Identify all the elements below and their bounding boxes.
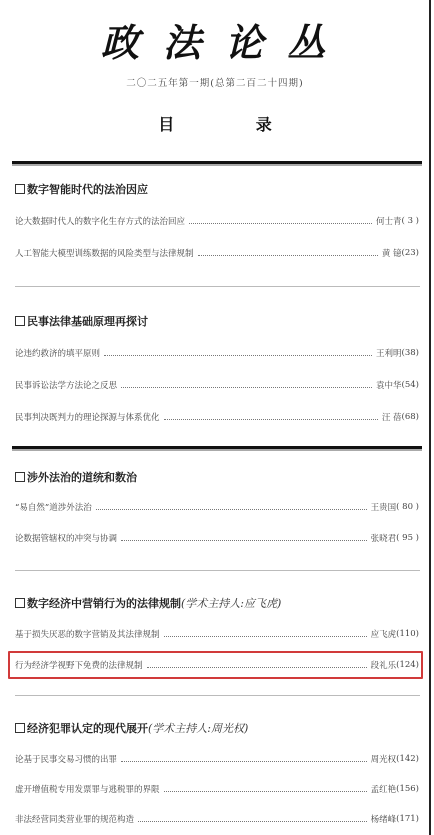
article-title[interactable]: 民事判决既判力的理论探源与体系优化 [15, 411, 160, 423]
toc-entry[interactable]: 虚开增值税专用发票罪与逃税罪的界限 孟红艳 (156) [15, 782, 419, 796]
square-bullet-icon [15, 723, 25, 733]
toc-entry[interactable]: 民事诉讼法学方法论之反思 袁中华 (54) [15, 378, 419, 392]
article-title[interactable]: 基于损失厌恶的数字营销及其法律规制 [15, 628, 160, 640]
section-divider [15, 695, 420, 696]
page-number: (68) [402, 412, 419, 422]
article-author: 黄 镱 [382, 247, 402, 259]
leader-dots [121, 386, 372, 388]
academic-host: (学术主持人:周光权) [148, 722, 248, 735]
article-title[interactable]: 论违约救济的填平原则 [15, 347, 100, 359]
article-author: 张晓君 [371, 532, 397, 544]
square-bullet-icon [15, 472, 25, 482]
page-number: (54) [402, 380, 419, 390]
toc-heading: 目 录 [0, 112, 430, 135]
toc-entry[interactable]: 非法经营同类营业罪的规范构造 杨绪峰 (171) [15, 812, 419, 826]
issue-info: 二〇二五年第一期(总第二百二十四期) [0, 75, 430, 89]
article-title[interactable]: 虚开增值税专用发票罪与逃税罪的界限 [15, 783, 160, 795]
article-author: 周光权 [371, 753, 397, 765]
article-title[interactable]: 论数据管辖权的冲突与协调 [15, 532, 117, 544]
leader-dots [164, 790, 367, 792]
page-number: (124) [396, 660, 419, 670]
page-number: (171) [396, 814, 419, 824]
leader-dots [164, 635, 367, 637]
page-number: (156) [396, 784, 419, 794]
article-author: 汪 蓓 [382, 411, 402, 423]
section-heading: 涉外法治的道统和数治 [15, 469, 137, 485]
academic-host: (学术主持人:应飞虎) [181, 597, 281, 610]
leader-dots [104, 354, 372, 356]
toc-entry[interactable]: “易自然”道涉外法治 王贵国 ( 80 ) [15, 500, 419, 514]
article-title[interactable]: 行为经济学视野下免费的法律规制 [15, 659, 143, 671]
toc-entry[interactable]: 论违约救济的填平原则 王利明 (38) [15, 346, 419, 360]
article-author: 应飞虎 [371, 628, 397, 640]
article-author: 袁中华 [376, 379, 402, 391]
article-title[interactable]: 人工智能大模型训练数据的风险类型与法律规制 [15, 247, 194, 259]
page-number: ( 80 ) [396, 502, 419, 512]
double-rule [12, 161, 422, 167]
leader-dots [198, 254, 378, 256]
leader-dots [121, 760, 367, 762]
section-heading: 数字经济中营销行为的法律规制(学术主持人:应飞虎) [15, 595, 281, 611]
article-title[interactable]: 论大数据时代人的数字化生存方式的法治回应 [15, 215, 185, 227]
double-rule [12, 446, 422, 452]
article-author: 王贵国 [371, 501, 397, 513]
article-author: 孟红艳 [371, 783, 397, 795]
toc-entry[interactable]: 基于损失厌恶的数字营销及其法律规制 应飞虎 (110) [15, 627, 419, 641]
section-heading: 民事法律基础原理再探讨 [15, 313, 148, 329]
section-divider [15, 286, 420, 287]
square-bullet-icon [15, 184, 25, 194]
page-number: ( 95 ) [396, 533, 419, 543]
article-title[interactable]: “易自然”道涉外法治 [15, 501, 92, 513]
page-number: (142) [396, 754, 419, 764]
article-author: 杨绪峰 [371, 813, 397, 825]
toc-entry-highlighted[interactable]: 行为经济学视野下免费的法律规制 段礼乐 (124) [15, 658, 419, 672]
toc-entry[interactable]: 人工智能大模型训练数据的风险类型与法律规制 黄 镱 (23) [15, 246, 419, 260]
article-title[interactable]: 非法经营同类营业罪的规范构造 [15, 813, 134, 825]
toc-entry[interactable]: 论大数据时代人的数字化生存方式的法治回应 何士青 ( 3 ) [15, 214, 419, 228]
page-number: (110) [396, 629, 419, 639]
toc-entry[interactable]: 论数据管辖权的冲突与协调 张晓君 ( 95 ) [15, 531, 419, 545]
leader-dots [189, 222, 372, 224]
leader-dots [164, 418, 378, 420]
leader-dots [138, 820, 367, 822]
journal-title: 政法论丛 [0, 12, 430, 67]
article-title[interactable]: 民事诉讼法学方法论之反思 [15, 379, 117, 391]
leader-dots [147, 666, 367, 668]
page-number: (23) [402, 248, 419, 258]
page-number: (38) [402, 348, 419, 358]
leader-dots [96, 508, 367, 510]
article-author: 王利明 [376, 347, 402, 359]
article-author: 段礼乐 [371, 659, 397, 671]
section-divider [15, 570, 420, 571]
article-title[interactable]: 论基于民事交易习惯的出罪 [15, 753, 117, 765]
square-bullet-icon [15, 316, 25, 326]
leader-dots [121, 539, 367, 541]
toc-entry[interactable]: 论基于民事交易习惯的出罪 周光权 (142) [15, 752, 419, 766]
section-heading: 经济犯罪认定的现代展开(学术主持人:周光权) [15, 720, 248, 736]
square-bullet-icon [15, 598, 25, 608]
page-number: ( 3 ) [402, 216, 419, 226]
section-heading: 数字智能时代的法治因应 [15, 181, 148, 197]
toc-entry[interactable]: 民事判决既判力的理论探源与体系优化 汪 蓓 (68) [15, 410, 419, 424]
article-author: 何士青 [376, 215, 402, 227]
